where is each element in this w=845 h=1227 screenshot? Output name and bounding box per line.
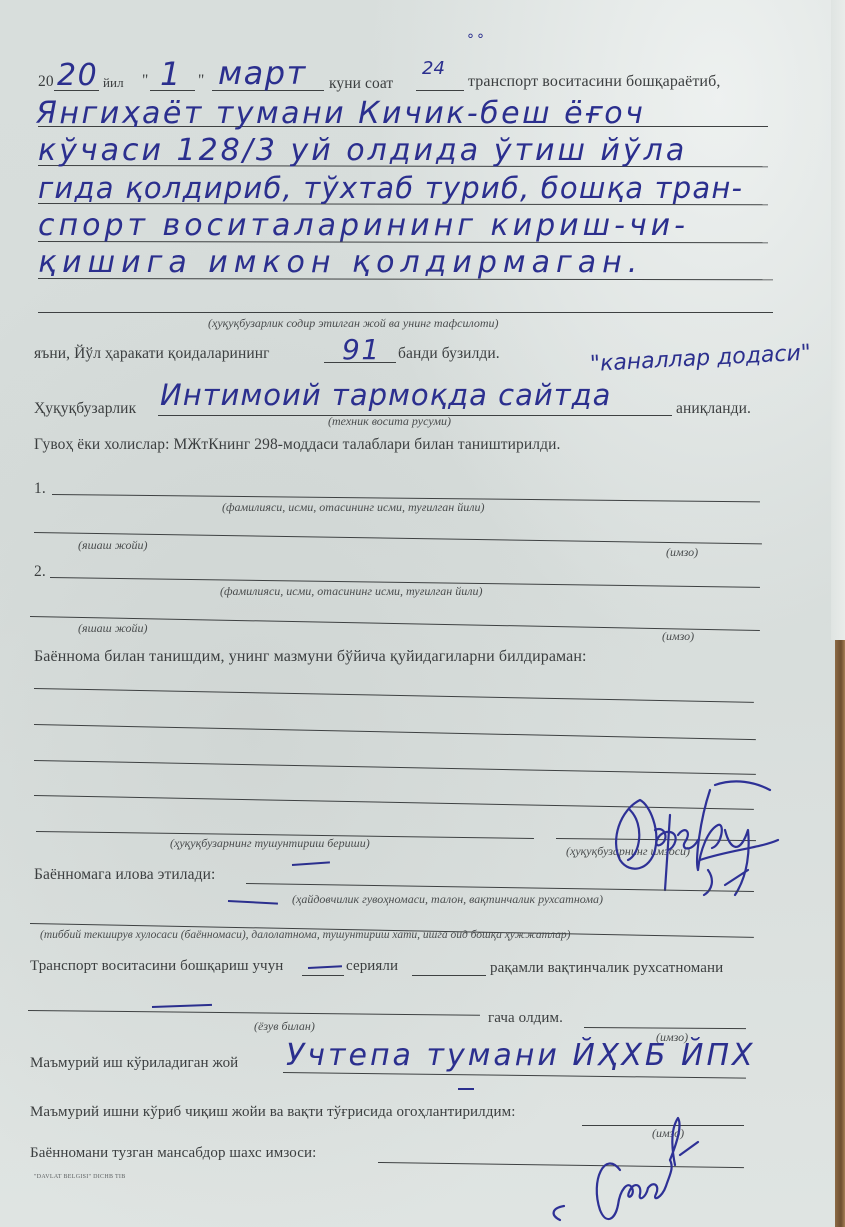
description-handwritten-2[interactable]: кўчаси 128/3 уй олдида ўтиш йўла: [38, 133, 687, 168]
day-label: куни соат: [329, 75, 393, 93]
caption-offense-place: (ҳуқуқбузарлик содир этилган жой ва унин…: [208, 316, 499, 331]
wooden-table-edge: [835, 640, 845, 1227]
acknowledgement: Баённома билан танишдим, унинг мазмуни б…: [34, 648, 587, 666]
permit-series-label: серияли: [346, 958, 398, 975]
witness-intro: Гувоҳ ёки холислар: МЖтКнинг 298-моддаси…: [34, 436, 560, 454]
witness-1-caption-signature: (имзо): [666, 545, 698, 560]
offense-suffix: аниқланди.: [676, 400, 751, 418]
case-place-label: Маъмурий иш кўриладиган жой: [30, 1055, 238, 1072]
attachments-label: Баённомага илова этилади:: [34, 866, 215, 884]
month-handwritten[interactable]: март: [218, 54, 307, 92]
caption-attachments-2: (тиббий текширув хулосаси (баённомаси), …: [40, 929, 570, 941]
notified-dash-mark: [458, 1088, 474, 1090]
hour-handwritten[interactable]: 24: [422, 58, 445, 79]
quote-open: ": [142, 72, 148, 90]
official-signature: [520, 1110, 720, 1227]
received-suffix: гача олдим.: [488, 1010, 563, 1027]
day-handwritten[interactable]: 1: [160, 55, 182, 93]
notified-label: Маъмурий ишни кўриб чиқиш жойи ва вақти …: [30, 1104, 516, 1121]
permit-suffix: рақамли вақтинчалик рухсатномани: [490, 960, 723, 977]
caption-technical-means: (техник восита русуми): [328, 414, 451, 429]
caption-explanation: (ҳуқуқбузарнинг тушунтириш бериши): [170, 836, 370, 851]
case-place-handwritten[interactable]: Учтепа тумани ЙҲХБ ЙПХ: [286, 1038, 756, 1073]
description-handwritten-1[interactable]: Янгиҳаёт тумани Кичик-беш ёғоч: [36, 96, 645, 131]
rule-suffix: банди бузилди.: [398, 345, 500, 363]
witness-2-caption-signature: (имзо): [662, 629, 694, 644]
offense-prefix: Ҳуқуқбузарлик: [34, 400, 136, 418]
year-prefix: 20: [38, 73, 54, 91]
page-edge-highlight: [831, 0, 845, 640]
hour-superscript: °°: [467, 32, 487, 48]
caption-attachments-1: (ҳайдовчилик гувоҳномаси, талон, вақтинч…: [292, 892, 603, 907]
offense-handwritten[interactable]: Интимоий тармоқда сайтда: [160, 378, 611, 412]
caption-written: (ёзув билан): [254, 1019, 315, 1034]
description-line-6: [38, 312, 773, 313]
permit-number-field[interactable]: [412, 975, 486, 976]
witness-2-number: 2.: [34, 563, 46, 581]
year-handwritten[interactable]: 20: [57, 58, 98, 93]
permit-prefix: Транспорт воситасини бошқариш учун: [30, 958, 283, 975]
witness-2-caption-name: (фамилияси, исми, отасининг исми, туғилг…: [220, 584, 482, 599]
line1-tail: транспорт воситасини бошқараётиб,: [468, 73, 720, 91]
witness-2-caption-address: (яшаш жойи): [78, 621, 148, 636]
official-signature-label: Баённомани тузган мансабдор шахс имзоси:: [30, 1145, 316, 1162]
clause-handwritten[interactable]: 91: [342, 333, 381, 366]
witness-1-caption-name: (фамилияси, исми, отасининг исми, туғилг…: [222, 500, 484, 515]
quote-close: ": [198, 72, 204, 90]
witness-1-number: 1.: [34, 480, 46, 498]
hour-field-line: [416, 90, 464, 91]
offender-signature: [600, 770, 780, 900]
printer-footer: "DAVLAT BELGISI" DICHB TIB: [34, 1174, 126, 1180]
description-handwritten-5[interactable]: қишига имкон қолдирмаган.: [38, 245, 643, 280]
permit-series-field[interactable]: [302, 975, 344, 976]
rule-prefix: яъни, Йўл ҳаракати қоидаларининг: [34, 345, 270, 363]
witness-1-caption-address: (яшаш жойи): [78, 538, 148, 553]
description-handwritten-3[interactable]: гида қолдириб, тўхтаб туриб, бошқа тран-: [38, 171, 743, 205]
description-handwritten-4[interactable]: спорт воситаларининг кириш-чи-: [38, 208, 689, 243]
year-label: йил: [103, 75, 124, 91]
